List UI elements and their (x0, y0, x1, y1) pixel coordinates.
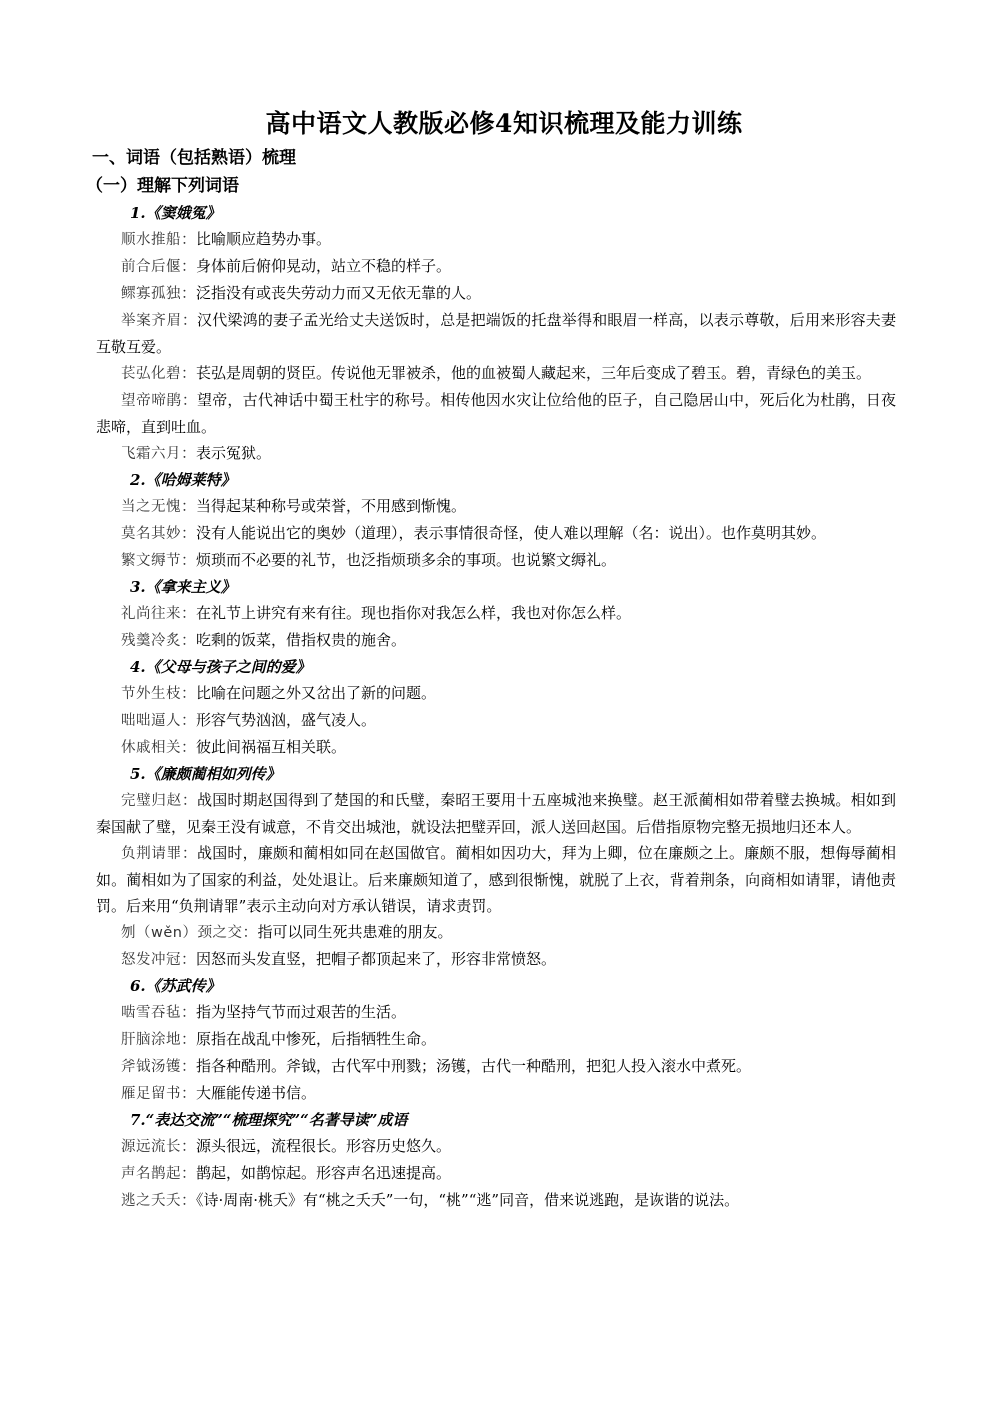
word-entry: 礼尚往来：在礼节上讲究有来有往。现也指你对我怎么样，我也对你怎么样。 (96, 600, 896, 627)
definition: 大雁能传递书信。 (196, 1084, 316, 1102)
colon: ： (181, 1191, 196, 1209)
colon: ： (181, 364, 196, 382)
word-entry: 残羹冷炙：吃剩的饭菜，借指权贵的施舍。 (96, 627, 896, 654)
term: 完璧归赵 (121, 793, 182, 809)
section-title: 6.《苏武传》 (96, 973, 896, 999)
section-parent-child-love: 4.《父母与孩子之间的爱》 节外生枝：比喻在问题之外又岔出了新的问题。 咄咄逼人… (96, 654, 896, 761)
term: 举案齐眉 (121, 313, 182, 329)
term: 前合后偃 (121, 259, 181, 275)
definition: 在礼节上讲究有来有往。现也指你对我怎么样，我也对你怎么样。 (196, 604, 631, 622)
definition: 指可以同生死共患难的朋友。 (258, 923, 453, 941)
document-page: 高中语文人教版必修4知识梳理及能力训练 一、词语（包括熟语）梳理 （一）理解下列… (96, 104, 896, 1214)
term: 休戚相关 (121, 740, 181, 756)
word-entry: 咄咄逼人：形容气势汹汹，盛气凌人。 (96, 707, 896, 734)
word-entry: 休戚相关：彼此间祸福互相关联。 (96, 734, 896, 761)
word-entry: 逃之夭夭：《诗·周南·桃夭》有“桃之夭夭”一句，“桃”“逃”同音，借来说逃跑，是… (96, 1187, 896, 1214)
definition: 形容气势汹汹，盛气凌人。 (196, 711, 376, 729)
definition: 《诗·周南·桃夭》有“桃之夭夭”一句，“桃”“逃”同音，借来说逃跑，是诙谐的说法… (196, 1191, 739, 1209)
definition: 没有人能说出它的奥妙（道理），表示事情很奇怪，使人难以理解（名：说出）。也作莫明… (196, 524, 826, 542)
colon: ： (181, 551, 196, 569)
definition: 战国时，廉颇和蔺相如同在赵国做官。蔺相如因功大，拜为上卿，位在廉颇之上。廉颇不服… (96, 844, 896, 915)
word-entry: 望帝啼鹃：望帝，古代神话中蜀王杜宇的称号。相传他因水灾让位给他的臣子，自己隐居山… (96, 387, 896, 440)
definition: 泛指没有或丧失劳动力而又无依无靠的人。 (196, 284, 481, 302)
definition: 原指在战乱中惨死，后指牺牲生命。 (196, 1030, 436, 1048)
term: 逃之夭夭 (121, 1193, 181, 1209)
section-lian-po-lin-xiangru: 5.《廉颇蔺相如列传》 完璧归赵：战国时期赵国得到了楚国的和氏璧，秦昭王要用十五… (96, 761, 896, 973)
colon: ： (181, 604, 196, 622)
definition: 身体前后俯仰晃动，站立不稳的样子。 (196, 257, 451, 275)
section-title: 5.《廉颇蔺相如列传》 (96, 761, 896, 787)
term: 顺水推船 (121, 232, 181, 248)
colon: ： (181, 684, 196, 702)
term: 刎（wěn）颈之交 (121, 925, 242, 941)
definition: 指各种酷刑。斧钺，古代军中刑戮；汤镬，古代一种酷刑，把犯人投入滚水中煮死。 (196, 1057, 751, 1075)
word-entry: 苌弘化碧：苌弘是周朝的贤臣。传说他无罪被杀，他的血被蜀人藏起来，三年后变成了碧玉… (96, 360, 896, 387)
colon: ： (181, 711, 196, 729)
word-entry: 啮雪吞毡：指为坚持气节而过艰苦的生活。 (96, 999, 896, 1026)
colon: ： (182, 791, 197, 809)
definition: 吃剩的饭菜，借指权贵的施舍。 (196, 631, 406, 649)
term: 斧钺汤镬 (121, 1059, 181, 1075)
definition: 源头很远，流程很长。形容历史悠久。 (196, 1137, 451, 1155)
colon: ： (242, 923, 257, 941)
word-entry: 负荆请罪：战国时，廉颇和蔺相如同在赵国做官。蔺相如因功大，拜为上卿，位在廉颇之上… (96, 840, 896, 919)
colon: ： (181, 230, 196, 248)
definition: 战国时期赵国得到了楚国的和氏璧，秦昭王要用十五座城池来换璧。赵王派蔺相如带着璧去… (96, 791, 896, 836)
word-entry: 雁足留书：大雁能传递书信。 (96, 1080, 896, 1107)
term: 飞霜六月 (121, 446, 181, 462)
definition: 表示冤狱。 (196, 444, 271, 462)
word-entry: 飞霜六月：表示冤狱。 (96, 440, 896, 467)
definition: 指为坚持气节而过艰苦的生活。 (196, 1003, 406, 1021)
colon: ： (181, 950, 196, 968)
section-title: 4.《父母与孩子之间的爱》 (96, 654, 896, 680)
document-title: 高中语文人教版必修4知识梳理及能力训练 (112, 104, 896, 144)
word-entry: 肝脑涂地：原指在战乱中惨死，后指牺牲生命。 (96, 1026, 896, 1053)
colon: ： (181, 1003, 196, 1021)
term: 望帝啼鹃 (121, 393, 182, 409)
section-nalai-zhuyi: 3.《拿来主义》 礼尚往来：在礼节上讲究有来有往。现也指你对我怎么样，我也对你怎… (96, 574, 896, 654)
word-entry: 鳏寡孤独：泛指没有或丧失劳动力而又无依无靠的人。 (96, 280, 896, 307)
word-entry: 声名鹊起：鹊起，如鹊惊起。形容声名迅速提高。 (96, 1160, 896, 1187)
section-title: 1.《窦娥冤》 (96, 200, 896, 226)
colon: ： (181, 1030, 196, 1048)
colon: ： (181, 1137, 196, 1155)
definition: 比喻在问题之外又岔出了新的问题。 (196, 684, 436, 702)
definition: 比喻顺应趋势办事。 (196, 230, 331, 248)
word-entry: 源远流长：源头很远，流程很长。形容历史悠久。 (96, 1133, 896, 1160)
colon: ： (181, 738, 196, 756)
word-entry: 节外生枝：比喻在问题之外又岔出了新的问题。 (96, 680, 896, 707)
heading-understand-words: （一）理解下列词语 (86, 172, 896, 200)
section-title: 3.《拿来主义》 (96, 574, 896, 600)
colon: ： (181, 497, 196, 515)
colon: ： (181, 1057, 196, 1075)
word-entry: 斧钺汤镬：指各种酷刑。斧钺，古代军中刑戮；汤镬，古代一种酷刑，把犯人投入滚水中煮… (96, 1053, 896, 1080)
colon: ： (182, 311, 197, 329)
word-entry: 怒发冲冠：因怒而头发直竖，把帽子都顶起来了，形容非常愤怒。 (96, 946, 896, 973)
colon: ： (182, 391, 197, 409)
word-entry: 前合后偃：身体前后俯仰晃动，站立不稳的样子。 (96, 253, 896, 280)
term: 苌弘化碧 (121, 366, 181, 382)
term: 负荆请罪 (121, 846, 182, 862)
section-su-wu-zhuan: 6.《苏武传》 啮雪吞毡：指为坚持气节而过艰苦的生活。 肝脑涂地：原指在战乱中惨… (96, 973, 896, 1107)
term: 鳏寡孤独 (121, 286, 181, 302)
colon: ： (181, 444, 196, 462)
word-entry: 繁文缛节：烦琐而不必要的礼节，也泛指烦琐多余的事项。也说繁文缛礼。 (96, 547, 896, 574)
section-title: 2.《哈姆莱特》 (96, 467, 896, 493)
word-entry: 完璧归赵：战国时期赵国得到了楚国的和氏璧，秦昭王要用十五座城池来换璧。赵王派蔺相… (96, 787, 896, 840)
term: 残羹冷炙 (121, 633, 181, 649)
word-entry: 顺水推船：比喻顺应趋势办事。 (96, 226, 896, 253)
colon: ： (182, 844, 197, 862)
definition: 烦琐而不必要的礼节，也泛指烦琐多余的事项。也说繁文缛礼。 (196, 551, 616, 569)
colon: ： (181, 284, 196, 302)
colon: ： (181, 631, 196, 649)
definition: 苌弘是周朝的贤臣。传说他无罪被杀，他的血被蜀人藏起来，三年后变成了碧玉。碧，青绿… (196, 364, 871, 382)
section-dou-e-yuan: 1.《窦娥冤》 顺水推船：比喻顺应趋势办事。 前合后偃：身体前后俯仰晃动，站立不… (96, 200, 896, 467)
term: 繁文缛节 (121, 553, 181, 569)
term: 肝脑涂地 (121, 1032, 181, 1048)
word-entry: 举案齐眉：汉代梁鸿的妻子孟光给丈夫送饭时，总是把端饭的托盘举得和眼眉一样高，以表… (96, 307, 896, 360)
definition: 鹊起，如鹊惊起。形容声名迅速提高。 (196, 1164, 451, 1182)
colon: ： (181, 1084, 196, 1102)
definition: 当得起某种称号或荣誉，不用感到惭愧。 (196, 497, 466, 515)
term: 声名鹊起 (121, 1166, 181, 1182)
word-entry: 当之无愧：当得起某种称号或荣誉，不用感到惭愧。 (96, 493, 896, 520)
term: 啮雪吞毡 (121, 1005, 181, 1021)
term: 咄咄逼人 (121, 713, 181, 729)
colon: ： (181, 524, 196, 542)
section-idioms-misc: 7.“表达交流”“梳理探究”“名著导读”成语 源远流长：源头很远，流程很长。形容… (96, 1107, 896, 1214)
definition: 汉代梁鸿的妻子孟光给丈夫送饭时，总是把端饭的托盘举得和眼眉一样高，以表示尊敬，后… (96, 311, 896, 356)
term: 节外生枝 (121, 686, 181, 702)
word-entry: 刎（wěn）颈之交：指可以同生死共患难的朋友。 (96, 919, 896, 946)
definition: 因怒而头发直竖，把帽子都顶起来了，形容非常愤怒。 (196, 950, 556, 968)
definition: 望帝，古代神话中蜀王杜宇的称号。相传他因水灾让位给他的臣子，自己隐居山中，死后化… (96, 391, 896, 436)
section-title: 7.“表达交流”“梳理探究”“名著导读”成语 (96, 1107, 896, 1133)
colon: ： (181, 1164, 196, 1182)
term: 礼尚往来 (121, 606, 181, 622)
section-hamlet: 2.《哈姆莱特》 当之无愧：当得起某种称号或荣誉，不用感到惭愧。 莫名其妙：没有… (96, 467, 896, 574)
word-entry: 莫名其妙：没有人能说出它的奥妙（道理），表示事情很奇怪，使人难以理解（名：说出）… (96, 520, 896, 547)
term: 源远流长 (121, 1139, 181, 1155)
colon: ： (181, 257, 196, 275)
term: 莫名其妙 (121, 526, 181, 542)
term: 雁足留书 (121, 1086, 181, 1102)
term: 当之无愧 (121, 499, 181, 515)
term: 怒发冲冠 (121, 952, 181, 968)
definition: 彼此间祸福互相关联。 (196, 738, 346, 756)
heading-vocabulary-review: 一、词语（包括熟语）梳理 (92, 144, 896, 172)
